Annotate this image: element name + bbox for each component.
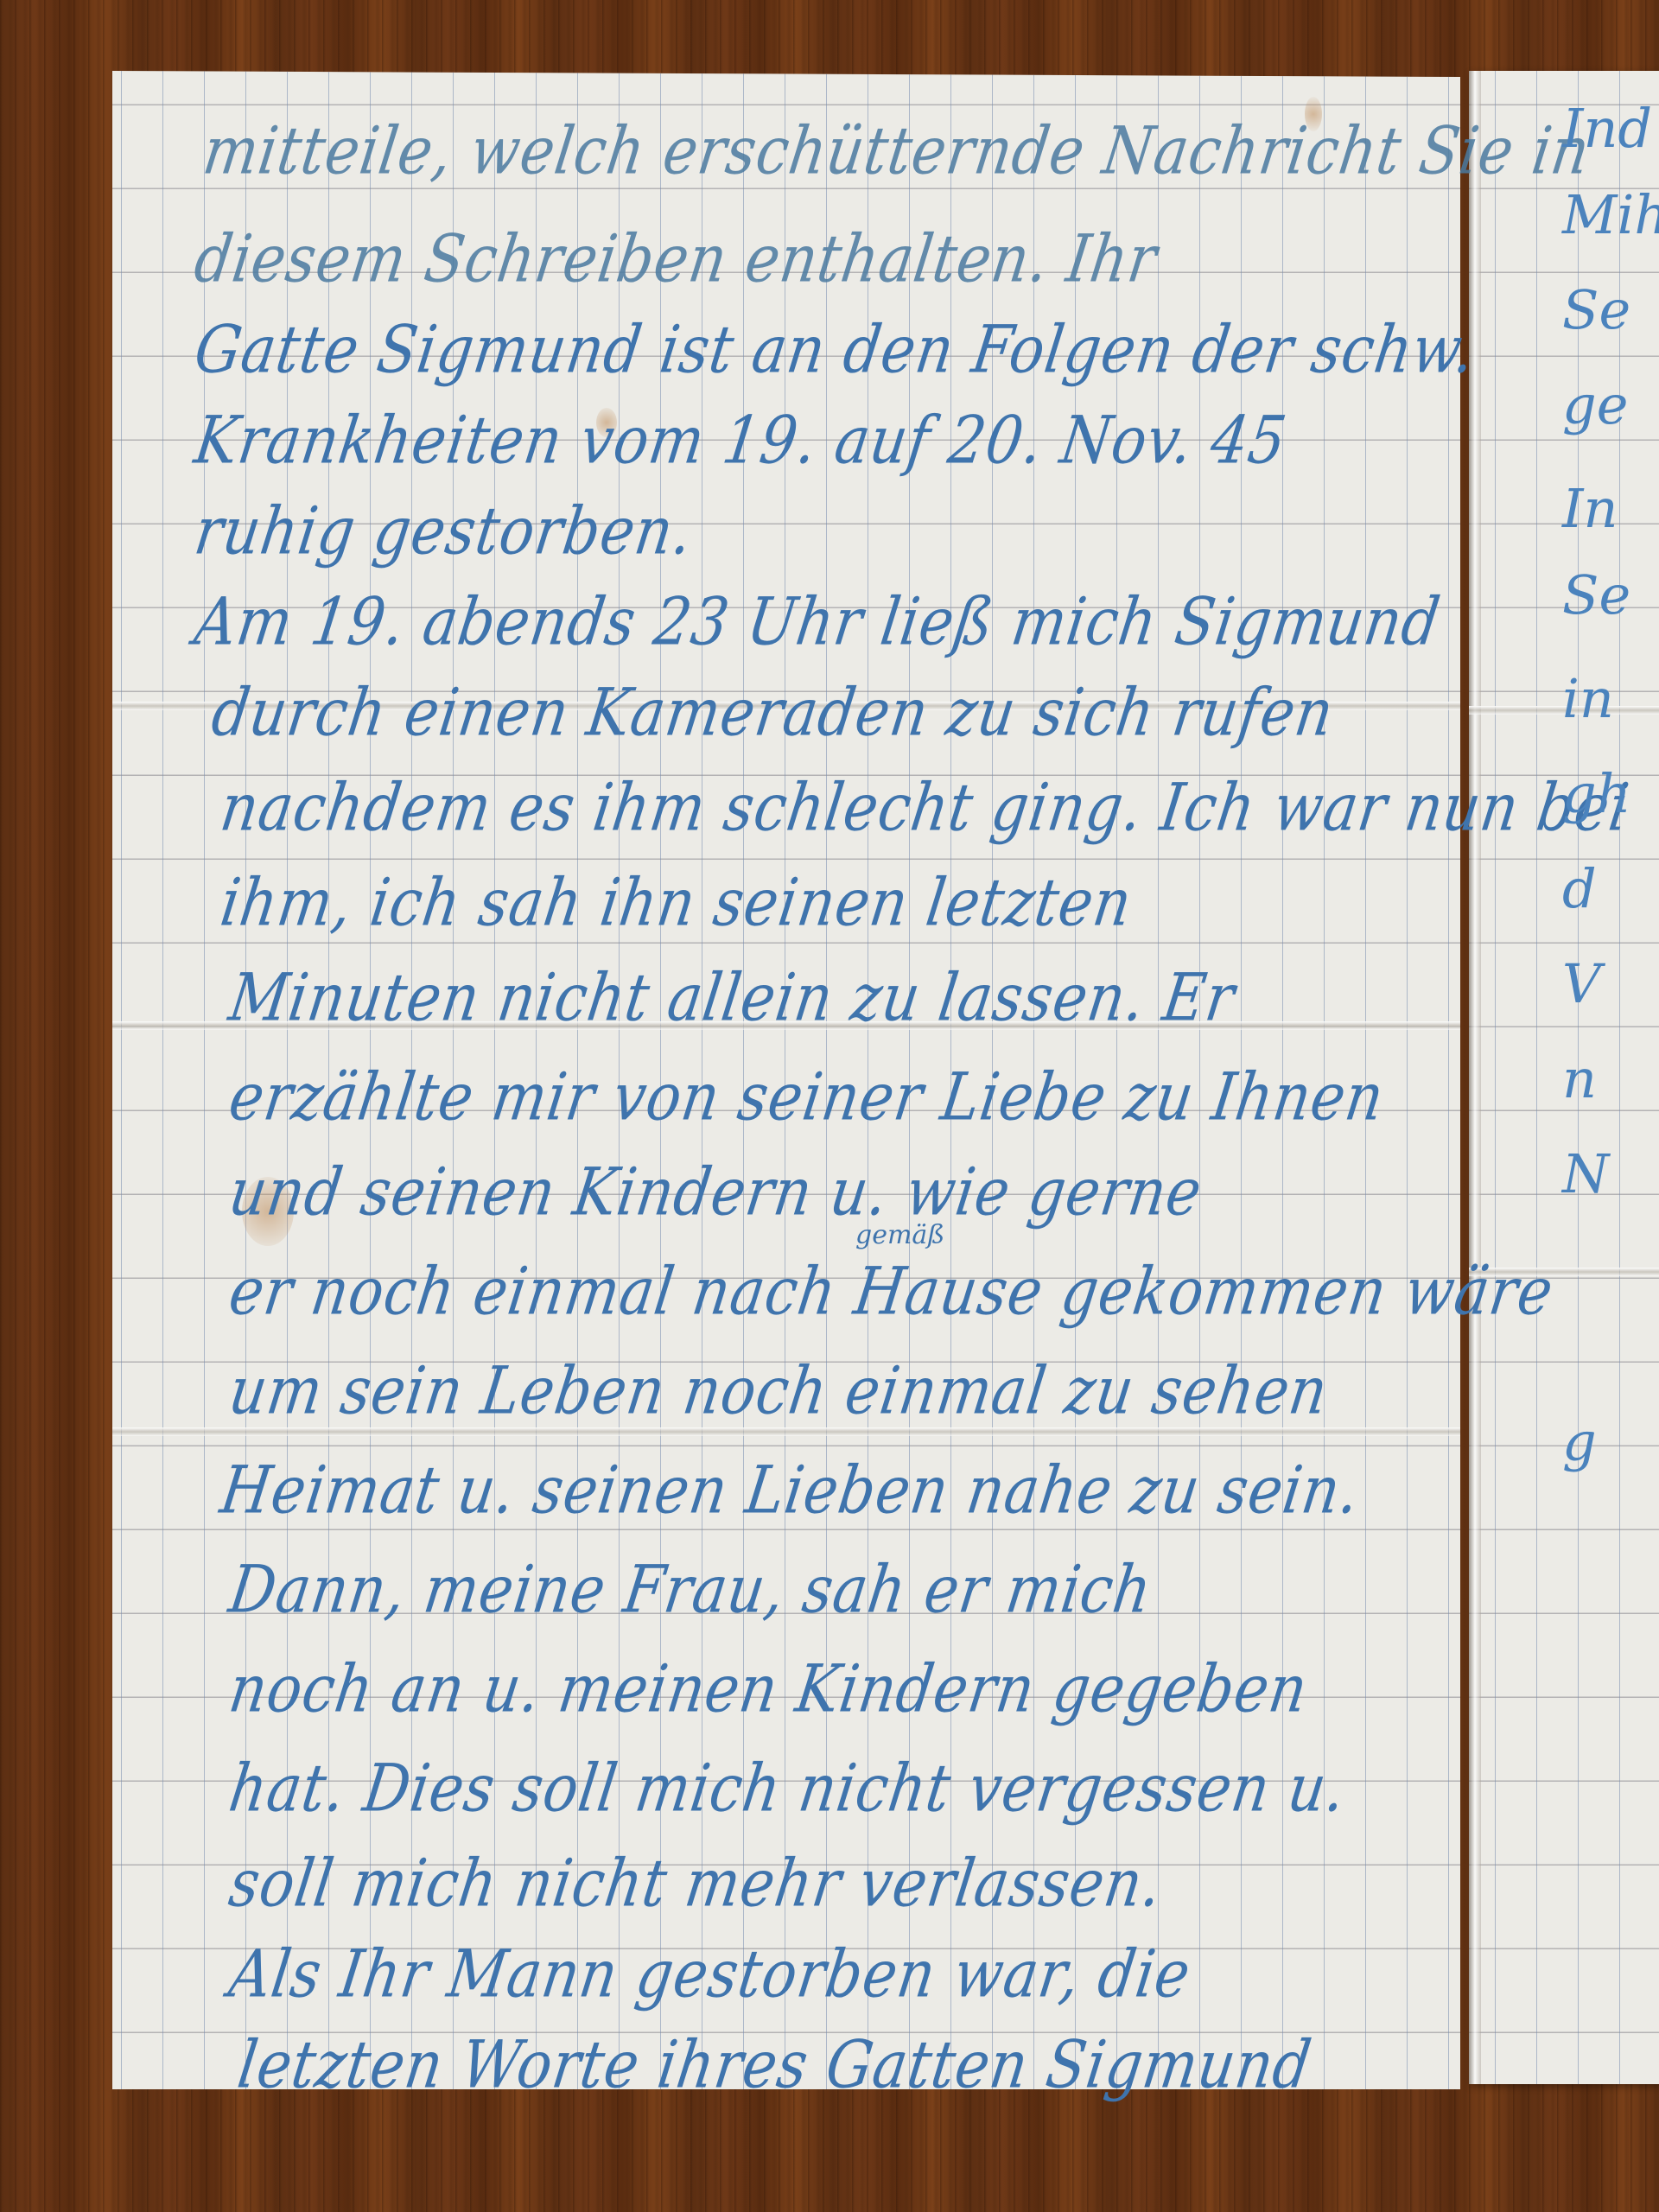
letter-fragment: Mih [1562, 183, 1659, 246]
letter-line: Dann, meine Frau, sah er mich [225, 1551, 1157, 1628]
letter-line: nachdem es ihm schlecht ging. Ich war nu… [216, 769, 1634, 846]
letter-fragment: in [1562, 667, 1614, 730]
letter-fragment: n [1562, 1047, 1597, 1110]
letter-fragment: gh [1562, 762, 1631, 825]
letter-line: Krankheiten vom 19. auf 20. Nov. 45 [190, 402, 1292, 479]
letter-text-left: mitteile, welch erschütternde Nachricht … [112, 71, 1460, 2089]
letter-fragment: ge [1562, 373, 1628, 436]
letter-line: letzten Worte ihres Gatten Sigmund [233, 2026, 1316, 2103]
letter-line: Gatte Sigmund ist an den Folgen der schw… [190, 311, 1480, 388]
letter-line: diesem Schreiben enthalten. Ihr [190, 220, 1162, 297]
letter-fragment: g [1562, 1410, 1597, 1473]
letter-line: ihm, ich sah ihn seinen letzten [216, 864, 1137, 941]
letter-line: Heimat u. seinen Lieben nahe zu sein. [216, 1452, 1364, 1529]
letter-line: noch an u. meinen Kindern gegeben [225, 1650, 1313, 1727]
letter-fragment: V [1562, 952, 1601, 1015]
letter-line: und seinen Kindern u. wie gerne [225, 1154, 1207, 1230]
letter-fragment: In [1562, 477, 1618, 540]
letter-line: durch einen Kameraden zu sich rufen [207, 674, 1338, 751]
letter-line: erzählte mir von seiner Liebe zu Ihnen [225, 1058, 1389, 1135]
letter-fragment: Ind [1562, 97, 1652, 160]
letter-line: soll mich nicht mehr verlassen. [225, 1845, 1166, 1922]
letter-fragment: N [1562, 1142, 1609, 1205]
letter-line: Minuten nicht allein zu lassen. Er [225, 959, 1240, 1036]
text-insertion: gemäß [855, 1220, 944, 1250]
letter-line: mitteile, welch erschütternde Nachricht … [199, 112, 1595, 189]
letter-fragment: Se [1562, 278, 1630, 341]
letter-line: Am 19. abends 23 Uhr ließ mich Sigmund [190, 583, 1445, 660]
letter-line: hat. Dies soll mich nicht vergessen u. [225, 1750, 1351, 1827]
letter-fragment: d [1562, 857, 1597, 920]
letter-line: um sein Leben noch einmal zu sehen [225, 1352, 1332, 1429]
letter-line: ruhig gestorben. [190, 493, 697, 569]
letter-fragment: Se [1562, 563, 1630, 626]
letter-text-right: Ind Mih Se ge In Se in gh d V n N g [1469, 71, 1659, 2084]
letter-line: er noch einmal nach Hause gekommen wäre [225, 1253, 1558, 1330]
letter-line: Als Ihr Mann gestorben war, die [225, 1935, 1195, 2012]
